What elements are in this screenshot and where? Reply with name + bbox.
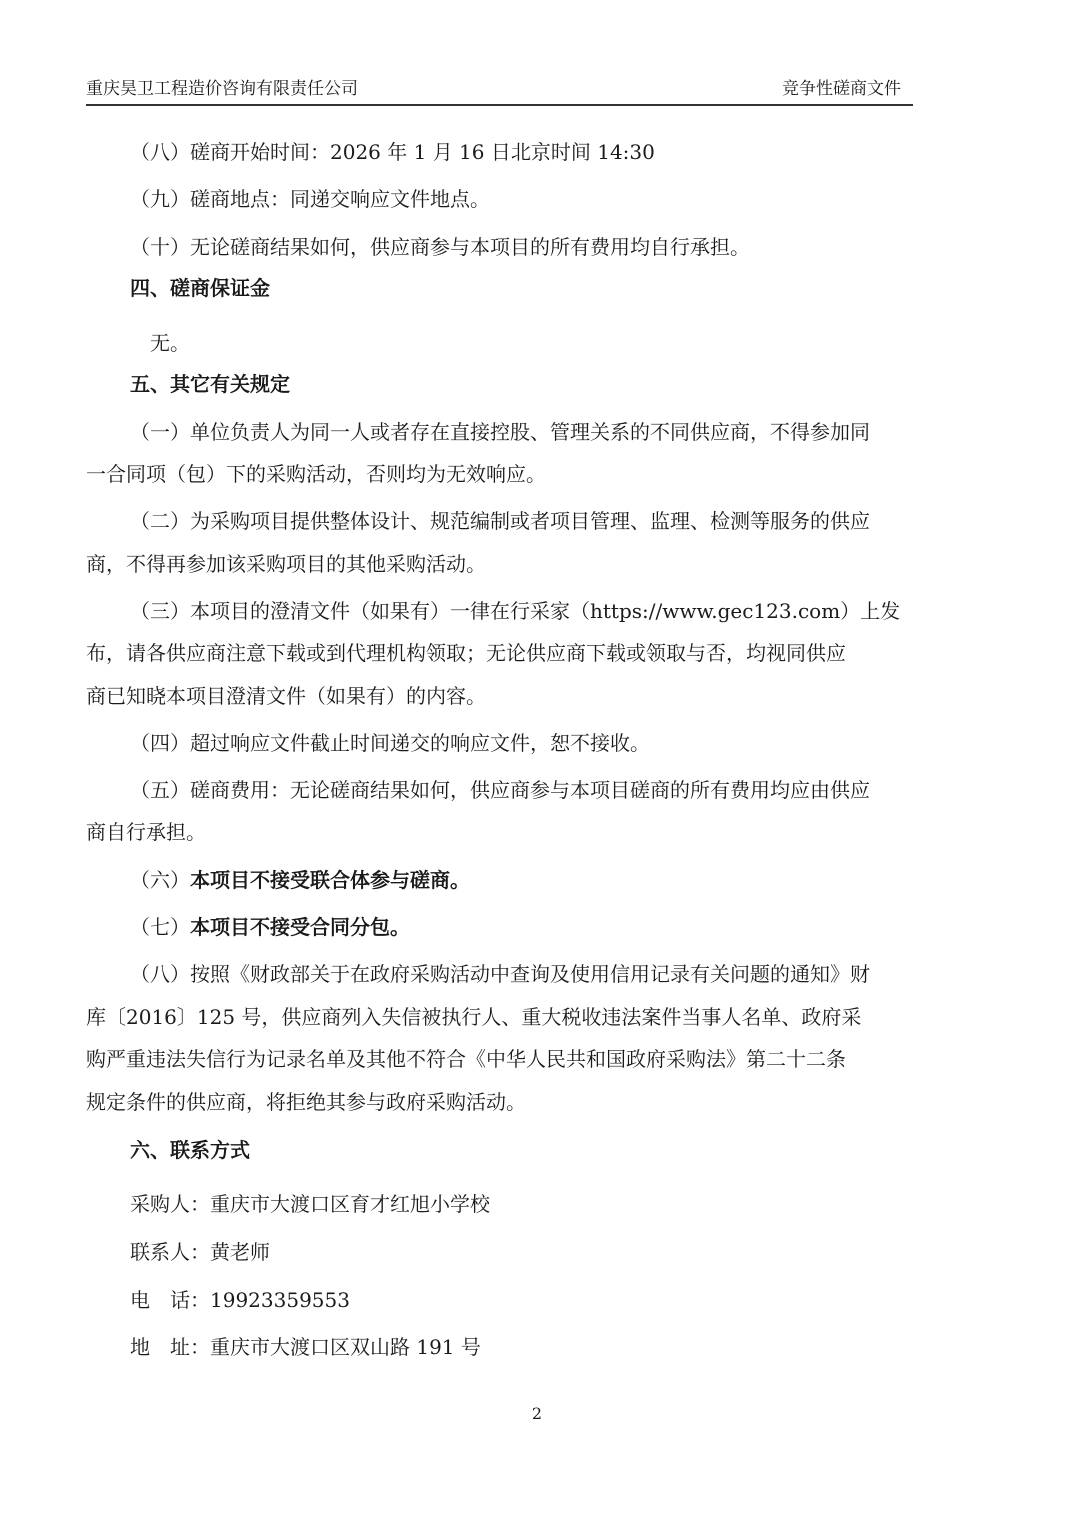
contact-purchaser-label: 采购人： (130, 1190, 210, 1218)
contact-phone: 电 话：19923359553 (130, 1286, 956, 1314)
contact-address-label: 地 址： (130, 1333, 210, 1361)
rule-5-line-1: （五）磋商费用：无论磋商结果如何，供应商参与本项目磋商的所有费用均应由供应 (130, 776, 956, 804)
contact-phone-label: 电 话： (130, 1286, 210, 1314)
rule-3-line-2: 布，请各供应商注意下载或到代理机构领取；无论供应商下载或领取与否，均视同供应 (86, 639, 912, 667)
rule-5-line-2: 商自行承担。 (86, 818, 912, 846)
rule-2-line-1: （二）为采购项目提供整体设计、规范编制或者项目管理、监理、检测等服务的供应 (130, 507, 956, 535)
header-doc-type: 竞争性磋商文件 (782, 76, 901, 102)
contact-address: 地 址：重庆市大渡口区双山路 191 号 (130, 1333, 956, 1361)
contact-purchaser: 采购人：重庆市大渡口区育才红旭小学校 (130, 1190, 956, 1218)
rule-4-line-1: （四）超过响应文件截止时间递交的响应文件，恕不接收。 (130, 729, 956, 757)
contact-person-label: 联系人： (130, 1238, 210, 1266)
rule-7-prefix: （七） (130, 915, 190, 939)
page-header: 重庆昊卫工程造价咨询有限责任公司 竞争性磋商文件 (86, 76, 913, 106)
deposit-content: 无。 (150, 329, 976, 357)
contact-person: 联系人：黄老师 (130, 1238, 956, 1266)
rule-6: （六）本项目不接受联合体参与磋商。 (130, 866, 956, 894)
page-number: 2 (0, 1404, 1074, 1423)
rule-3-line-3: 商已知晓本项目澄清文件（如果有）的内容。 (86, 682, 912, 710)
section-heading-other-rules: 五、其它有关规定 (130, 370, 956, 398)
rule-8-line-3: 购严重违法失信行为记录名单及其他不符合《中华人民共和国政府采购法》第二十二条 (86, 1045, 912, 1073)
contact-purchaser-value: 重庆市大渡口区育才红旭小学校 (210, 1192, 490, 1216)
rule-6-bold-text: 本项目不接受联合体参与磋商。 (190, 868, 470, 892)
section-heading-deposit: 四、磋商保证金 (130, 274, 956, 302)
item-start-time: （八）磋商开始时间：2026 年 1 月 16 日北京时间 14:30 (130, 138, 956, 166)
rule-8-line-4: 规定条件的供应商，将拒绝其参与政府采购活动。 (86, 1088, 912, 1116)
rule-7-bold-text: 本项目不接受合同分包。 (190, 915, 410, 939)
rule-8-line-1: （八）按照《财政部关于在政府采购活动中查询及使用信用记录有关问题的通知》财 (130, 960, 956, 988)
item-costs: （十）无论磋商结果如何，供应商参与本项目的所有费用均自行承担。 (130, 233, 956, 261)
rule-6-prefix: （六） (130, 868, 190, 892)
section-heading-contact: 六、联系方式 (130, 1136, 956, 1164)
rule-2-line-2: 商，不得再参加该采购项目的其他采购活动。 (86, 550, 912, 578)
contact-phone-value: 19923359553 (210, 1288, 350, 1312)
contact-person-value: 黄老师 (210, 1240, 270, 1264)
item-location: （九）磋商地点：同递交响应文件地点。 (130, 185, 956, 213)
rule-7: （七）本项目不接受合同分包。 (130, 913, 956, 941)
header-company: 重庆昊卫工程造价咨询有限责任公司 (86, 76, 358, 102)
contact-address-value: 重庆市大渡口区双山路 191 号 (210, 1335, 481, 1359)
rule-1-line-2: 一合同项（包）下的采购活动，否则均为无效响应。 (86, 460, 912, 488)
rule-1-line-1: （一）单位负责人为同一人或者存在直接控股、管理关系的不同供应商，不得参加同 (130, 418, 956, 446)
rule-3-line-1: （三）本项目的澄清文件（如果有）一律在行采家（https://www.gec12… (130, 597, 956, 625)
rule-8-line-2: 库〔2016〕125 号，供应商列入失信被执行人、重大税收违法案件当事人名单、政… (86, 1003, 912, 1031)
